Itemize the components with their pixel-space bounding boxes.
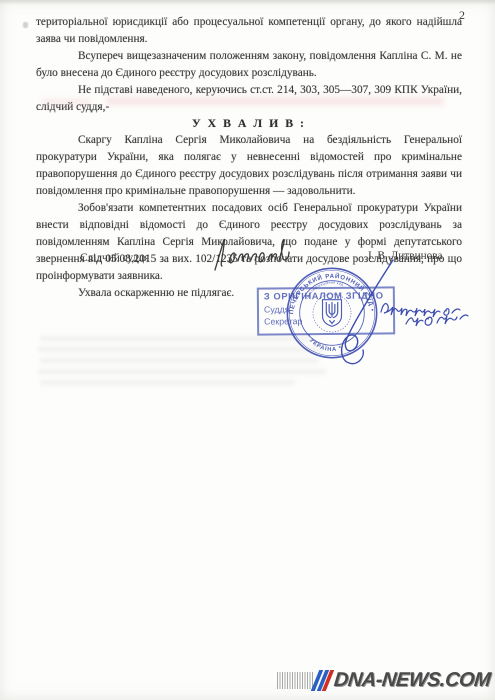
barcode-icon (277, 672, 313, 689)
bleed-through-pink (106, 97, 444, 105)
certification-secretary-signature (403, 311, 485, 331)
bleed-through-line (40, 380, 295, 385)
bleed-through-pink-small (42, 99, 90, 105)
judge-role-label: Слідчий суддя (80, 252, 149, 264)
watermark-text: DNA-NEWS.COM (333, 669, 492, 692)
site-watermark: DNA-NEWS.COM (277, 669, 490, 692)
ruling-paragraph-1: Скаргу Капліна Сергія Миколайовича на бе… (36, 132, 462, 200)
paragraph-continuation: територіальної юрисдикції або процесуаль… (36, 14, 462, 48)
scan-edge-shadow (0, 0, 495, 5)
scanned-court-document: 2 територіальної юрисдикції або процесуа… (0, 0, 495, 700)
paragraph-law-violation: Всупереч вищезазначеним положенням закон… (36, 48, 462, 82)
stamp-area: З ОРИГІНАЛОМ ЗГІДНО Суддя Секретар (255, 250, 495, 375)
scan-speck (23, 22, 28, 28)
ruling-heading: У Х В А Л И В : (36, 115, 462, 132)
